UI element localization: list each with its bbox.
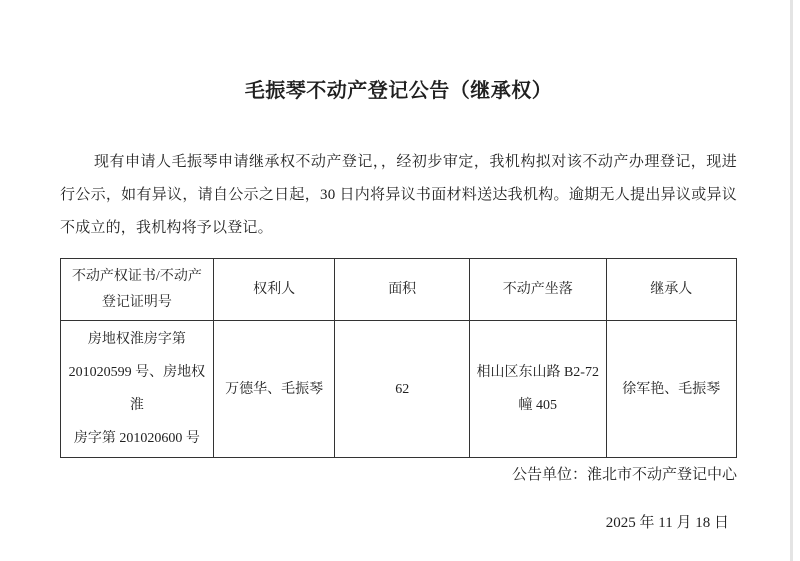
cell-certificate-number: 房地权淮房字第 201020599 号、房地权淮 房字第 201020600 号 xyxy=(61,321,214,458)
cell-inheritor: 徐军艳、毛振琴 xyxy=(606,321,737,458)
col-header-property-location: 不动产坐落 xyxy=(469,259,606,321)
property-registration-table: 不动产权证书/不动产 登记证明号 权利人 面积 不动产坐落 继承人 房地权淮房字… xyxy=(60,258,737,458)
col-header-certificate-number: 不动产权证书/不动产 登记证明号 xyxy=(61,259,214,321)
table-row: 房地权淮房字第 201020599 号、房地权淮 房字第 201020600 号… xyxy=(61,321,737,458)
notice-body-paragraph: 现有申请人毛振琴申请继承权不动产登记，，经初步审定，我机构拟对该不动产办理登记，… xyxy=(60,146,737,245)
cell-area: 62 xyxy=(335,321,470,458)
notice-document-page: 毛振琴不动产登记公告（继承权） 现有申请人毛振琴申请继承权不动产登记，，经初步审… xyxy=(0,0,800,561)
issuer-line: 公告单位：淮北市不动产登记中心 xyxy=(60,465,737,485)
notice-title: 毛振琴不动产登记公告（继承权） xyxy=(60,0,737,106)
document-content: 毛振琴不动产登记公告（继承权） 现有申请人毛振琴申请继承权不动产登记，，经初步审… xyxy=(60,0,737,533)
table-header-row: 不动产权证书/不动产 登记证明号 权利人 面积 不动产坐落 继承人 xyxy=(61,259,737,321)
cell-right-holder: 万德华、毛振琴 xyxy=(213,321,335,458)
page-edge-divider xyxy=(790,0,793,561)
col-header-inheritor: 继承人 xyxy=(606,259,737,321)
col-header-area: 面积 xyxy=(335,259,470,321)
cell-property-location: 相山区东山路 B2-72 幢 405 xyxy=(469,321,606,458)
date-line: 2025 年 11 月 18 日 xyxy=(60,513,737,533)
col-header-right-holder: 权利人 xyxy=(213,259,335,321)
